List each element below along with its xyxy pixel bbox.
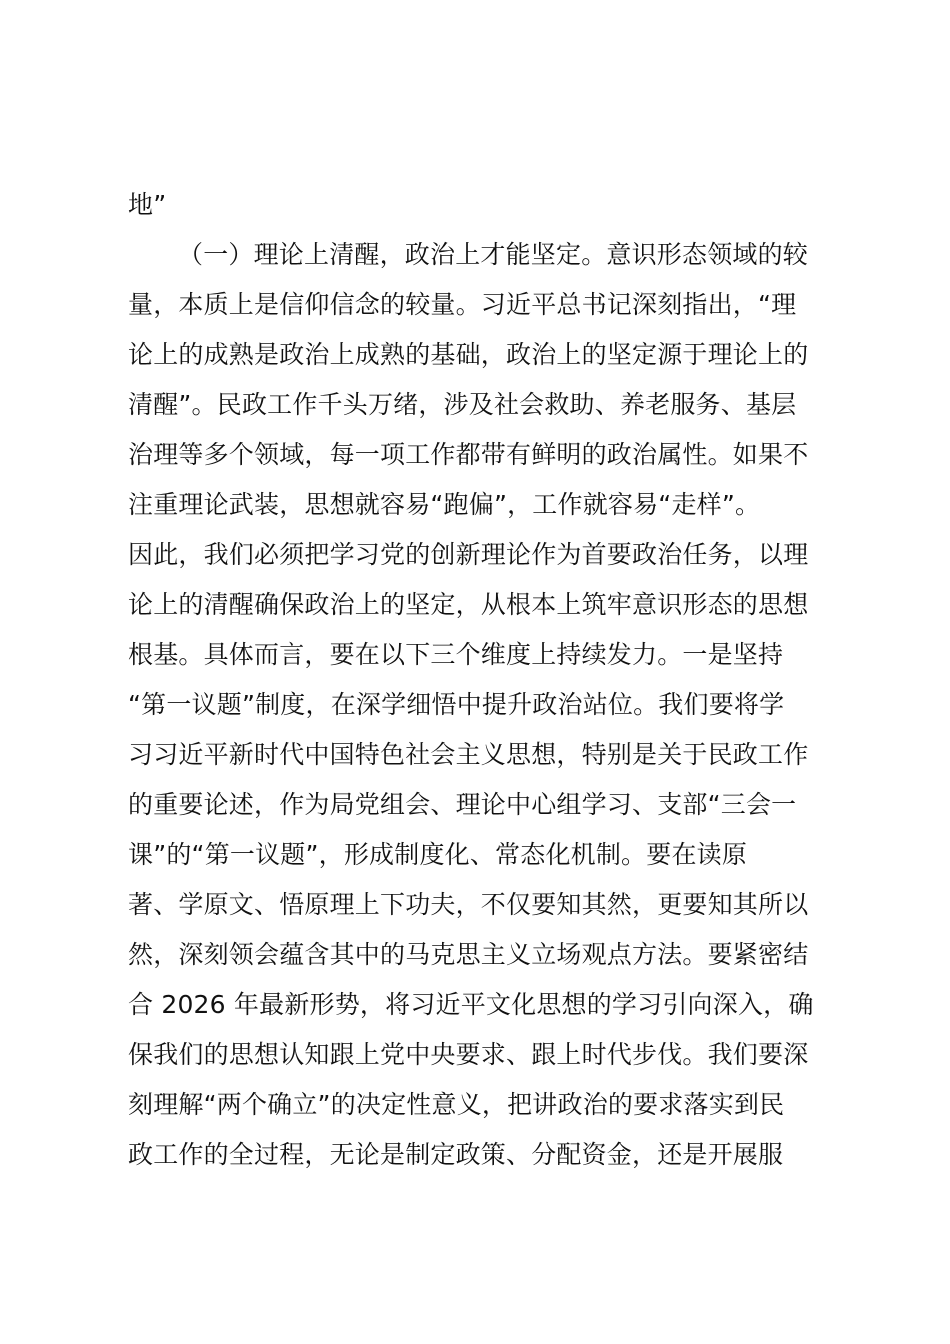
text-line: 论上的成熟是政治上成熟的基础，政治上的坚定源于理论上的 <box>128 330 832 380</box>
text-line: 然，深刻领会蕴含其中的马克思主义立场观点方法。要紧密结 <box>128 930 832 980</box>
text-line: 合 2026 年最新形势，将习近平文化思想的学习引向深入，确 <box>128 980 832 1030</box>
section-heading-line: （一）理论上清醒，政治上才能坚定。意识形态领域的较 <box>128 230 832 280</box>
text-line: 根基。具体而言，要在以下三个维度上持续发力。一是坚持 <box>128 630 832 680</box>
text-line: 的重要论述，作为局党组会、理论中心组学习、支部“三会一 <box>128 780 832 830</box>
text-line: 地” <box>128 180 832 230</box>
text-line: 著、学原文、悟原理上下功夫，不仅要知其然，更要知其所以 <box>128 880 832 930</box>
text-line: 保我们的思想认知跟上党中央要求、跟上时代步伐。我们要深 <box>128 1030 832 1080</box>
text-line: 治理等多个领域，每一项工作都带有鲜明的政治属性。如果不 <box>128 430 832 480</box>
text-line: 量，本质上是信仰信念的较量。习近平总书记深刻指出，“理 <box>128 280 832 330</box>
text-line: 因此，我们必须把学习党的创新理论作为首要政治任务，以理 <box>128 530 832 580</box>
text-line: 课”的“第一议题”，形成制度化、常态化机制。要在读原 <box>128 830 832 880</box>
text-line: 注重理论武装，思想就容易“跑偏”，工作就容易“走样”。 <box>128 480 832 530</box>
text-line: 刻理解“两个确立”的决定性意义，把讲政治的要求落实到民 <box>128 1080 832 1130</box>
text-line: “第一议题”制度，在深学细悟中提升政治站位。我们要将学 <box>128 680 832 730</box>
text-line: 政工作的全过程，无论是制定政策、分配资金，还是开展服 <box>128 1130 832 1180</box>
text-line: 清醒”。民政工作千头万绪，涉及社会救助、养老服务、基层 <box>128 380 832 430</box>
text-line: 习习近平新时代中国特色社会主义思想，特别是关于民政工作 <box>128 730 832 780</box>
text-line: 论上的清醒确保政治上的坚定，从根本上筑牢意识形态的思想 <box>128 580 832 630</box>
document-page: 地” （一）理论上清醒，政治上才能坚定。意识形态领域的较 量，本质上是信仰信念的… <box>128 180 832 1180</box>
